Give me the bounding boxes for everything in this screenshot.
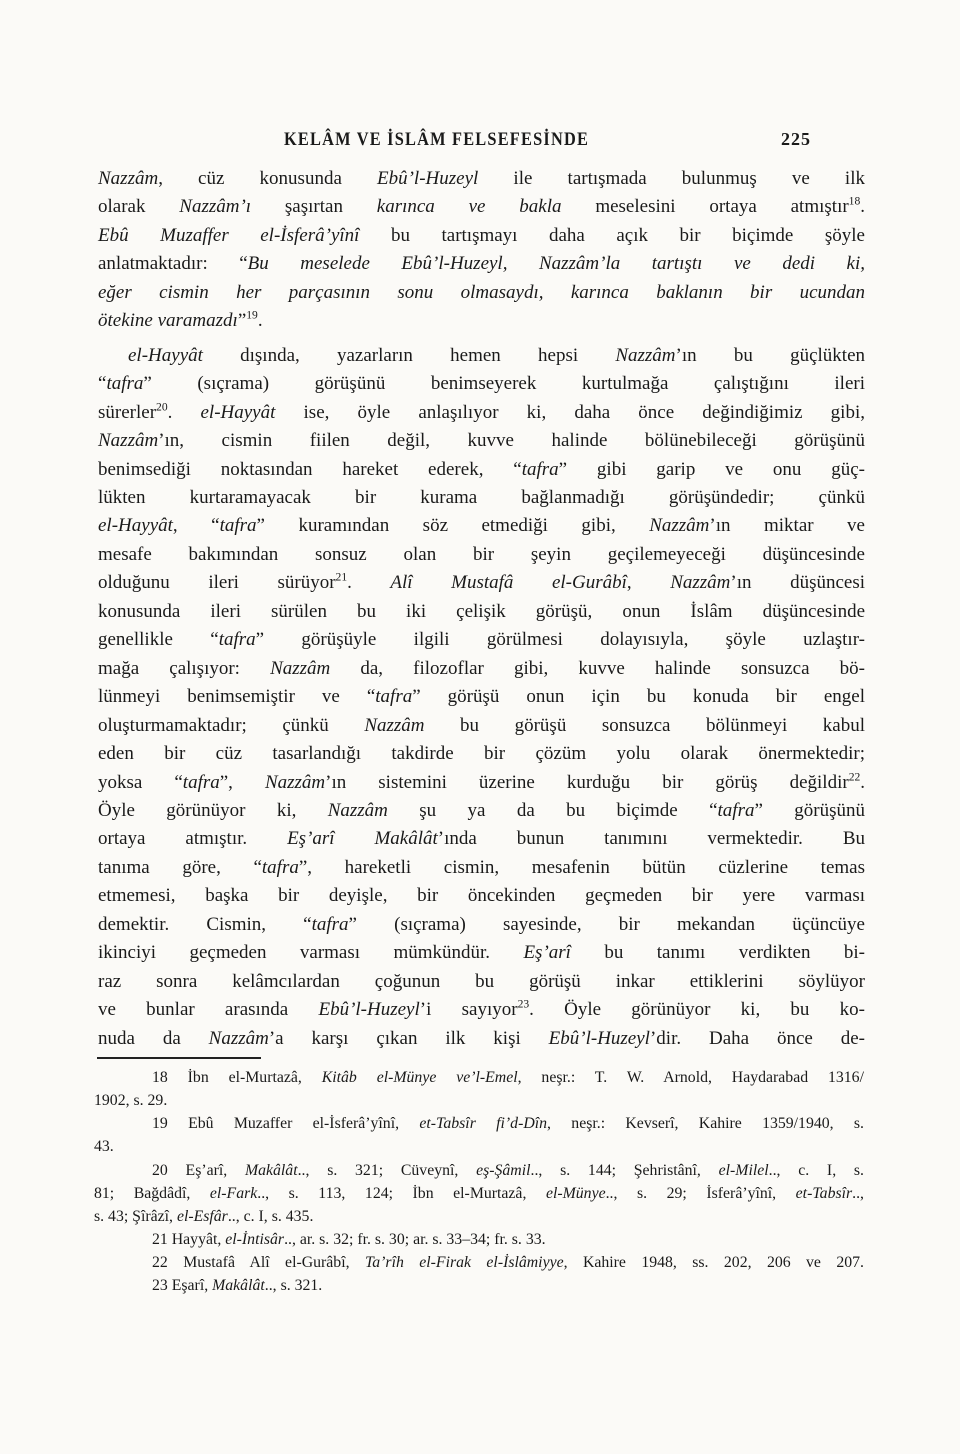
body-line: etmemesi, başka bir deyişle, bir öncekin… xyxy=(98,882,865,910)
text-segment: .., s. 144; Şehristânî, xyxy=(531,1162,719,1179)
page-header-title: KELÂM VE İSLÂM FELSEFESİNDE xyxy=(284,129,589,151)
footnote-line: 81; Bağdâdî, el-Fark.., s. 113, 124; İbn… xyxy=(94,1182,864,1205)
text-segment: ” xyxy=(238,310,246,331)
text-segment: dışında, yazarların hemen hepsi xyxy=(203,345,615,366)
text-segment: .., s. 321. xyxy=(265,1277,323,1294)
text-segment: 22 Mustafâ Alî el-Gurâbî, xyxy=(152,1254,365,1271)
text-segment: 18 İbn el-Murtazâ, xyxy=(152,1069,322,1086)
text-segment: tafra xyxy=(219,629,256,650)
text-segment: nuda da xyxy=(98,1028,209,1049)
text-segment: ” (sıçrama) sayesinde, bir mekandan üçün… xyxy=(349,914,865,935)
text-segment: ötekine varamazdı xyxy=(98,310,238,331)
text-segment: Eş’arî xyxy=(523,942,571,963)
body-line: nuda da Nazzâm’a karşı çıkan ilk kişi Eb… xyxy=(98,1025,865,1053)
text-segment: tafra xyxy=(183,772,220,793)
text-segment: et-Tabsîr fi’d-Dîn xyxy=(419,1115,547,1132)
text-segment: .., s. 113, 124; İbn el-Murtazâ, xyxy=(257,1185,546,1202)
text-segment: Kitâb el-Münye ve’l-Emel xyxy=(322,1069,518,1086)
text-segment: ’ın düşüncesi xyxy=(730,572,865,593)
text-segment: el-Esfâr xyxy=(177,1208,228,1225)
document-page: KELÂM VE İSLÂM FELSEFESİNDE 225 Nazzâm, … xyxy=(0,0,960,1454)
text-segment: . xyxy=(860,196,865,217)
text-segment: ise, öyle anlaşılıyor ki, daha önce deği… xyxy=(275,402,865,423)
text-segment: s. 43; Şîrâzî, xyxy=(94,1208,177,1225)
body-text: Nazzâm, cüz konusunda Ebû’l-Huzeyl ile t… xyxy=(98,165,865,1053)
text-segment: lükten kurtaramayacak bir kurama bağlanm… xyxy=(98,487,865,508)
text-segment: mağa çalışıyor: xyxy=(98,658,270,679)
text-segment: Bu meselede Ebû’l-Huzeyl, Nazzâm’la tart… xyxy=(248,253,865,274)
body-line: lükten kurtaramayacak bir kurama bağlanm… xyxy=(98,484,865,512)
footnote-line: 20 Eş’arî, Makâlât.., s. 321; Cüveynî, e… xyxy=(94,1159,864,1182)
text-segment: .., s. 321; Cüveynî, xyxy=(298,1162,476,1179)
text-segment: Nazzâm xyxy=(265,772,325,793)
text-segment: Nazzâm xyxy=(98,168,158,189)
text-segment: . xyxy=(860,772,865,793)
text-segment: ’a karşı çıkan ilk kişi xyxy=(269,1028,549,1049)
text-segment: , Kahire 1948, ss. 202, 206 ve 207. xyxy=(564,1254,864,1271)
body-line: el-Hayyât dışında, yazarların hemen heps… xyxy=(98,342,865,370)
text-segment: etmemesi, başka bir deyişle, bir öncekin… xyxy=(98,885,865,906)
footnote-line: 19 Ebû Muzaffer el-İsferâ’yînî, et-Tabsî… xyxy=(94,1112,864,1135)
body-line: mağa çalışıyor: Nazzâm da, filozoflar gi… xyxy=(98,655,865,683)
text-segment: ” gibi garip ve onu güç- xyxy=(559,459,865,480)
text-segment: Nazzâm xyxy=(328,800,388,821)
body-line: mesafe bakımından sonsuz olan bir şeyin … xyxy=(98,541,865,569)
body-line: benimsediği noktasından hareket ederek, … xyxy=(98,456,865,484)
text-segment: mesafe bakımından sonsuz olan bir şeyin … xyxy=(98,544,865,565)
text-segment: meselesini ortaya atmıştır xyxy=(562,196,849,217)
text-segment: ”, xyxy=(220,772,265,793)
text-segment: Nazzâm xyxy=(270,658,330,679)
body-line: Nazzâm, cüz konusunda Ebû’l-Huzeyl ile t… xyxy=(98,165,865,193)
text-segment: el-Münye xyxy=(546,1185,606,1202)
text-segment: ’i sayıyor xyxy=(420,999,518,1020)
body-line: Ebû Muzaffer el-İsferâ’yînî bu tartışmay… xyxy=(98,222,865,250)
text-segment: demektir. Cismin, “ xyxy=(98,914,312,935)
text-segment: Ebû’l-Huzeyl xyxy=(549,1028,650,1049)
text-segment: .., ar. s. 32; fr. s. 30; ar. s. 33–34; … xyxy=(284,1231,546,1248)
text-segment: Makâlât xyxy=(245,1162,298,1179)
text-segment: eş-Şâmil xyxy=(476,1162,530,1179)
text-segment: . xyxy=(347,572,390,593)
body-line: raz sonra kelâmcılardan çoğunun bu görüş… xyxy=(98,968,865,996)
body-line: ortaya atmıştır. Eş’arî Makâlât’ında bun… xyxy=(98,825,865,853)
body-line: sürerler20. el-Hayyât ise, öyle anlaşılı… xyxy=(98,399,865,427)
paragraph: el-Hayyât dışında, yazarların hemen heps… xyxy=(98,342,865,1053)
body-line: yoksa “tafra”, Nazzâm’ın sistemini üzeri… xyxy=(98,769,865,797)
body-line: ikinciyi geçmeden varması mümkündür. Eş’… xyxy=(98,939,865,967)
text-segment: sürerler xyxy=(98,402,156,423)
text-segment: 1902, s. 29. xyxy=(94,1092,167,1109)
text-segment: Nazzâm xyxy=(209,1028,269,1049)
body-line: ötekine varamazdı”19. xyxy=(98,307,865,335)
text-segment: bu tartışmayı daha açık bir biçimde şöyl… xyxy=(359,225,865,246)
footnote-reference: 19 xyxy=(246,309,258,322)
body-line: ve bunlar arasında Ebû’l-Huzeyl’i sayıyo… xyxy=(98,996,865,1024)
text-segment: Nazzâm xyxy=(98,430,158,451)
text-segment: oluşturmamaktadır; çünkü xyxy=(98,715,364,736)
text-segment: Öyle görünüyor ki, xyxy=(98,800,328,821)
body-line: Nazzâm’ın, cismin fiilen değil, kuvve ha… xyxy=(98,427,865,455)
text-segment: benimsediği noktasından hareket ederek, … xyxy=(98,459,522,480)
text-segment: , neşr.: Kevserî, Kahire 1359/1940, s. xyxy=(547,1115,864,1132)
text-segment: tafra xyxy=(106,373,143,394)
text-segment: ’ında bunun tanımını vermektedir. Bu xyxy=(438,828,865,849)
text-segment: el-Milel xyxy=(719,1162,769,1179)
footnote-reference: 20 xyxy=(156,400,168,413)
body-line: lünmeyi benimsemiştir ve “tafra” görüşü … xyxy=(98,683,865,711)
text-segment: bu görüşü sonsuzca bölünmeyi kabul xyxy=(425,715,866,736)
text-segment: ’ın sistemini üzerine kurduğu bir görüş … xyxy=(325,772,849,793)
text-segment: 23 Eşarî, xyxy=(152,1277,212,1294)
text-segment: da, filozoflar gibi, kuvve halinde sonsu… xyxy=(330,658,865,679)
footnote-line: 21 Hayyât, el-İntisâr.., ar. s. 32; fr. … xyxy=(94,1228,864,1251)
text-segment: el-Hayyât xyxy=(200,402,275,423)
text-segment: ortaya atmıştır. xyxy=(98,828,287,849)
text-segment: lünmeyi benimsemiştir ve “ xyxy=(98,686,375,707)
text-segment: , “ xyxy=(173,515,220,536)
text-segment: raz sonra kelâmcılardan çoğunun bu görüş… xyxy=(98,971,865,992)
text-segment: . xyxy=(258,310,263,331)
text-segment: ” kuramından söz etmediği gibi, xyxy=(257,515,650,536)
text-segment: tafra xyxy=(375,686,412,707)
text-segment: ’ın, cismin fiilen değil, kuvve halinde … xyxy=(158,430,865,451)
text-segment: olarak xyxy=(98,196,179,217)
text-segment: tafra xyxy=(718,800,755,821)
text-segment: Alî Mustafâ el-Gurâbî xyxy=(390,572,626,593)
text-segment: .., xyxy=(852,1185,864,1202)
body-line: el-Hayyât, “tafra” kuramından söz etmedi… xyxy=(98,512,865,540)
footnote-line: s. 43; Şîrâzî, el-Esfâr.., c. I, s. 435. xyxy=(94,1205,864,1228)
text-segment: . Öyle görünüyor ki, bu ko- xyxy=(529,999,865,1020)
text-segment: tafra xyxy=(262,857,299,878)
footnote-line: 18 İbn el-Murtazâ, Kitâb el-Münye ve’l-E… xyxy=(94,1066,864,1089)
footnote-reference: 18 xyxy=(849,195,861,208)
text-segment: et-Tabsîr xyxy=(796,1185,852,1202)
body-line: eğer cismin her parçasının sonu olmasayd… xyxy=(98,279,865,307)
footnote-line: 23 Eşarî, Makâlât.., s. 321. xyxy=(94,1274,864,1297)
text-segment: ikinciyi geçmeden varması mümkündür. xyxy=(98,942,523,963)
footnotes-section: 18 İbn el-Murtazâ, Kitâb el-Münye ve’l-E… xyxy=(94,1066,864,1298)
text-segment: 19 Ebû Muzaffer el-İsferâ’yînî, xyxy=(152,1115,419,1132)
text-segment: ile tartışmada bulunmuş ve ilk xyxy=(478,168,865,189)
body-line: anlatmaktadır: “Bu meselede Ebû’l-Huzeyl… xyxy=(98,250,865,278)
text-segment: 43. xyxy=(94,1138,114,1155)
text-segment: bu tanımı verdikten bi- xyxy=(571,942,865,963)
body-line: konusunda ileri sürülen bu iki çelişik g… xyxy=(98,598,865,626)
text-segment: tafra xyxy=(220,515,257,536)
paragraph: Ebû Muzaffer el-İsferâ’yînî bu tartışmay… xyxy=(98,222,865,336)
footnote-line: 22 Mustafâ Alî el-Gurâbî, Ta’rîh el-Fira… xyxy=(94,1251,864,1274)
text-segment: eğer cismin her parçasının sonu olmasayd… xyxy=(98,282,865,303)
body-line: olduğunu ileri sürüyor21. Alî Mustafâ el… xyxy=(98,569,865,597)
text-segment: Nazzâm xyxy=(615,345,675,366)
text-segment: ” görüşüyle ilgili görülmesi dolayısıyla… xyxy=(256,629,865,650)
text-segment: . xyxy=(168,402,201,423)
text-segment: , cüz konusunda xyxy=(158,168,377,189)
text-segment: tanıma göre, “ xyxy=(98,857,262,878)
text-segment: ” görüşü onun için bu konuda bir engel xyxy=(412,686,865,707)
text-segment: karınca ve bakla xyxy=(377,196,562,217)
footnote-line: 1902, s. 29. xyxy=(94,1089,864,1112)
text-segment: Ebû Muzaffer el-İsferâ’yînî xyxy=(98,225,359,246)
text-segment: Nazzâm’ı xyxy=(179,196,251,217)
footnote-line: 43. xyxy=(94,1135,864,1158)
page-number: 225 xyxy=(781,129,811,150)
text-segment: el-Fark xyxy=(210,1185,257,1202)
body-line: tanıma göre, “tafra”, hareketli cismin, … xyxy=(98,854,865,882)
text-segment: .., s. 29; İsferâ’yînî, xyxy=(606,1185,796,1202)
text-segment: Eş’arî Makâlât xyxy=(287,828,438,849)
text-segment: .., c. I, s. 435. xyxy=(228,1208,314,1225)
text-segment: şaşırtan xyxy=(251,196,377,217)
text-segment: ’ın bu güçlükten xyxy=(676,345,865,366)
text-segment: Nazzâm xyxy=(670,572,730,593)
text-segment: 81; Bağdâdî, xyxy=(94,1185,210,1202)
text-segment: olduğunu ileri sürüyor xyxy=(98,572,336,593)
text-segment: Nazzâm xyxy=(649,515,709,536)
text-segment: , neşr.: T. W. Arnold, Haydarabad 1316/ xyxy=(518,1069,864,1086)
text-segment: ” görüşünü xyxy=(754,800,865,821)
text-segment: eden bir cüz tasarlandığı takdirde bir ç… xyxy=(98,743,865,764)
text-segment: Ebû’l-Huzeyl xyxy=(377,168,478,189)
body-line: genellikle “tafra” görüşüyle ilgili görü… xyxy=(98,626,865,654)
body-line: olarak Nazzâm’ı şaşırtan karınca ve bakl… xyxy=(98,193,865,221)
text-segment: konusunda ileri sürülen bu iki çelişik g… xyxy=(98,601,865,622)
text-segment: ’ın miktar ve xyxy=(709,515,865,536)
text-segment: Ta’rîh el-Firak el-İslâmiyye xyxy=(365,1254,564,1271)
text-segment: ve bunlar arasında xyxy=(98,999,318,1020)
footnote-reference: 21 xyxy=(336,571,348,584)
body-line: Öyle görünüyor ki, Nazzâm şu ya da bu bi… xyxy=(98,797,865,825)
footnote-reference: 23 xyxy=(518,998,530,1011)
text-segment: ”, hareketli cismin, mesafenin bütün cüz… xyxy=(299,857,865,878)
footnote-separator-line xyxy=(97,1057,261,1059)
text-segment: ” (sıçrama) görüşünü benimseyerek kurtul… xyxy=(143,373,865,394)
text-segment: el-Hayyât xyxy=(128,345,203,366)
text-segment: 20 Eş’arî, xyxy=(152,1162,245,1179)
paragraph: Nazzâm, cüz konusunda Ebû’l-Huzeyl ile t… xyxy=(98,165,865,222)
text-segment: ’dir. Daha önce de- xyxy=(650,1028,865,1049)
text-segment: tafra xyxy=(312,914,349,935)
body-line: oluşturmamaktadır; çünkü Nazzâm bu görüş… xyxy=(98,712,865,740)
text-segment: yoksa “ xyxy=(98,772,183,793)
text-segment: Nazzâm xyxy=(364,715,424,736)
text-segment: tafra xyxy=(522,459,559,480)
body-line: eden bir cüz tasarlandığı takdirde bir ç… xyxy=(98,740,865,768)
text-segment: şu ya da bu biçimde “ xyxy=(388,800,718,821)
text-segment: 21 Hayyât, xyxy=(152,1231,225,1248)
text-segment: , xyxy=(627,572,670,593)
text-segment: .., c. I, s. xyxy=(769,1162,864,1179)
text-segment: Makâlât xyxy=(212,1277,265,1294)
text-segment: anlatmaktadır: “ xyxy=(98,253,248,274)
text-segment: el-İntisâr xyxy=(225,1231,284,1248)
text-segment: Ebû’l-Huzeyl xyxy=(318,999,419,1020)
footnote-reference: 22 xyxy=(849,770,861,783)
body-line: “tafra” (sıçrama) görüşünü benimseyerek … xyxy=(98,370,865,398)
text-segment: genellikle “ xyxy=(98,629,219,650)
body-line: demektir. Cismin, “tafra” (sıçrama) saye… xyxy=(98,911,865,939)
text-segment: el-Hayyât xyxy=(98,515,173,536)
